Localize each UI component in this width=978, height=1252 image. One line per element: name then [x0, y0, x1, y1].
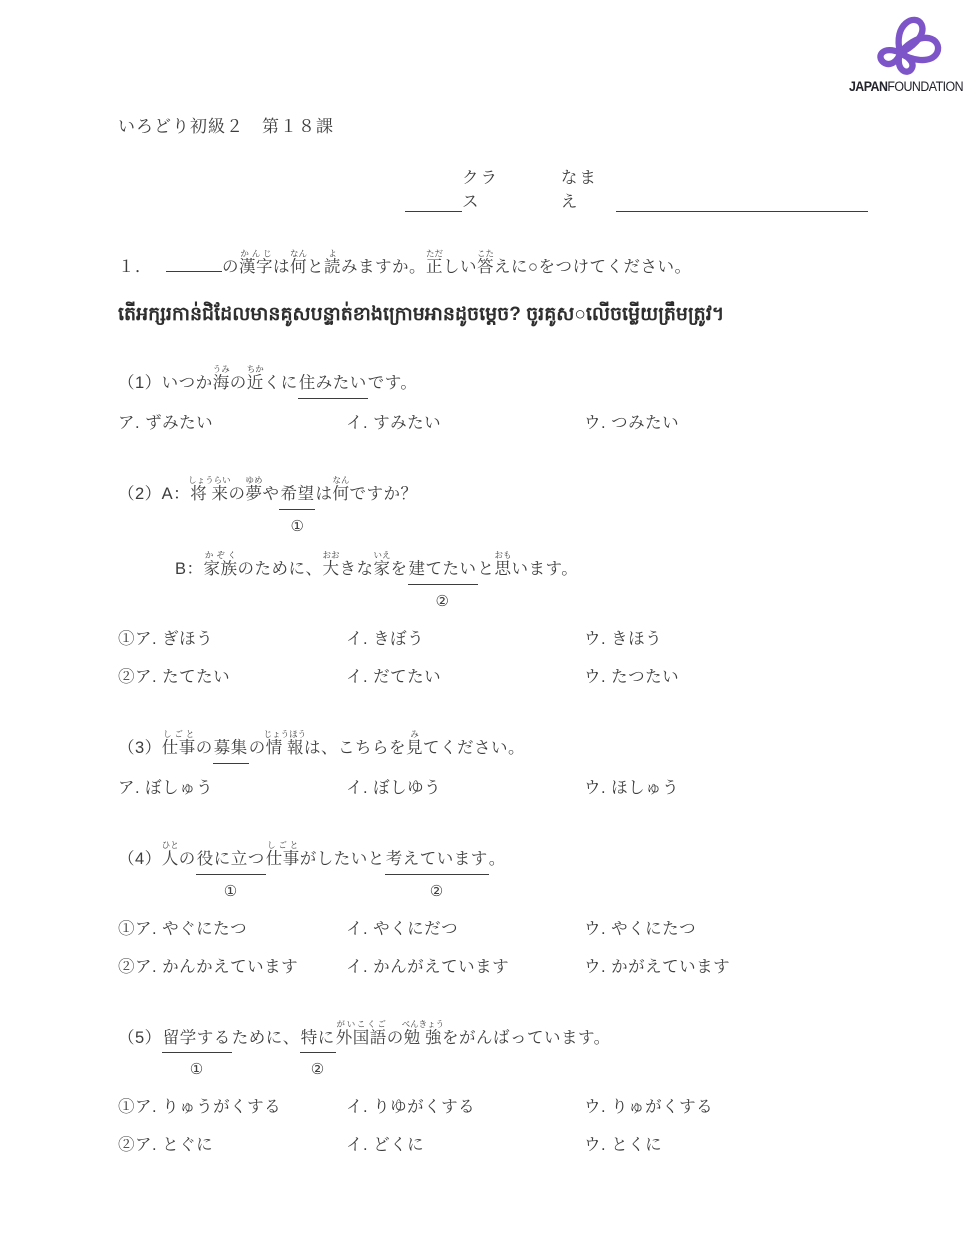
text-run: みますか。	[341, 258, 426, 276]
furigana: かんじ	[239, 248, 273, 258]
question-block: （5）留学する①ために、特に②外国語がいこくごの勉強べんきょうをがんばっています…	[118, 1019, 868, 1156]
choice-option: ア. ずみたい	[118, 409, 346, 433]
kanji-with-furigana: 海うみ	[213, 374, 230, 392]
text-run: 住みたい	[299, 374, 367, 392]
kanji-with-furigana: 人ひと	[162, 850, 179, 868]
furigana: よ	[324, 248, 341, 258]
furigana: かぞく	[204, 550, 238, 560]
circled-number: ①	[224, 881, 238, 903]
underlined-word: 募集	[213, 737, 249, 764]
japan-foundation-logo: JAPANFOUNDATION	[840, 8, 972, 94]
question-block: （2）A：将来しょうらいの夢ゆめや希望①は何なんですか？B：家族かぞくのために、…	[118, 475, 868, 687]
kanji-base: 思	[495, 560, 512, 578]
logo-foundation-text: FOUNDATION	[887, 79, 963, 94]
kanji-base: 漢字	[239, 258, 273, 276]
kanji-base: 仕事	[162, 739, 196, 757]
choice-option: イ. どくに	[346, 1131, 584, 1155]
kanji-base: 情報	[264, 739, 307, 757]
choice-option: ウ. りゅがくする	[584, 1093, 868, 1117]
furigana: うみ	[213, 364, 230, 374]
kanji-with-furigana: 近ちか	[247, 374, 264, 392]
text-run: は、こちらを	[304, 739, 406, 757]
text-run: ために、	[232, 1029, 300, 1047]
choice-option: ①ア. りゅうがくする	[118, 1093, 346, 1117]
text-run: きな	[340, 560, 374, 578]
worksheet-page: JAPANFOUNDATION いろどり初級２ 第１８課 クラス なまえ １．の…	[0, 0, 978, 1252]
question-sentence: （3）仕事しごとの募集の情報じょうほうは、こちらを見みてください。	[118, 729, 868, 764]
class-label: クラス	[462, 164, 517, 212]
furigana: おも	[495, 550, 512, 560]
choice-option: ウ. たつたい	[584, 663, 868, 687]
furigana: おお	[323, 550, 340, 560]
choice-option: イ. りゆがくする	[346, 1093, 584, 1117]
instruction-line: １．の漢字かんじは何なんと読よみますか。正ただしい答こたえに○をつけてください。	[118, 248, 868, 280]
text-run: と	[478, 560, 495, 578]
choice-option: ②ア. たてたい	[118, 663, 346, 687]
furigana: いえ	[374, 550, 391, 560]
choice-row: ア. ぼしゅうイ. ぼしゆうウ. ほしゅう	[118, 774, 868, 798]
question-sentence: B：家族かぞくのために、大おおきな家いえを建てたい②と思おもいます。	[118, 550, 868, 585]
choice-row: ①ア. ぎほうイ. きぼうウ. きほう	[118, 625, 868, 649]
text-run: 考えています	[386, 850, 488, 868]
worksheet-content: いろどり初級２ 第１８課 クラス なまえ １．の漢字かんじは何なんと読よみますか…	[0, 0, 978, 1155]
choice-option: イ. すみたい	[346, 409, 584, 433]
text-run: 。	[489, 850, 506, 868]
text-run: の	[179, 850, 196, 868]
kanji-base: 何	[290, 258, 307, 276]
name-blank-line	[616, 195, 868, 212]
text-run: えに○をつけてください。	[494, 258, 691, 276]
question-sentence: （5）留学する①ために、特に②外国語がいこくごの勉強べんきょうをがんばっています…	[118, 1019, 868, 1054]
kanji-with-furigana: 読よ	[324, 258, 341, 276]
text-run: 役に立つ	[197, 850, 265, 868]
question-block: （1）いつか海うみの近ちかくに住みたいです。ア. ずみたいイ. すみたいウ. つ…	[118, 364, 868, 433]
kanji-with-furigana: 家いえ	[374, 560, 391, 578]
text-run: 募集	[214, 739, 248, 757]
underlined-word: 建てたい②	[408, 558, 478, 585]
text-run: の	[230, 374, 247, 392]
kanji-base: 家	[374, 560, 391, 578]
choice-option: ②ア. かんかえています	[118, 953, 346, 977]
kanji-with-furigana: 勉強べんきょう	[404, 1029, 442, 1047]
choice-option: ①ア. ぎほう	[118, 625, 346, 649]
kanji-with-furigana: 仕事しごと	[266, 850, 300, 868]
choice-option: イ. やくにだつ	[346, 915, 584, 939]
kanji-with-furigana: 何なん	[290, 258, 307, 276]
question-sentence: （1）いつか海うみの近ちかくに住みたいです。	[118, 364, 868, 399]
kanji-with-furigana: 漢字かんじ	[239, 258, 273, 276]
class-name-line: クラス なまえ	[118, 164, 868, 212]
choice-row: ア. ずみたいイ. すみたいウ. つみたい	[118, 409, 868, 433]
kanji-base: 海	[213, 374, 230, 392]
text-run: 特に	[301, 1029, 335, 1047]
circled-number: ①	[190, 1059, 204, 1081]
kanji-base: 大	[323, 560, 340, 578]
kanji-with-furigana: 正ただ	[426, 258, 443, 276]
underlined-word: 考えています②	[385, 848, 489, 875]
furigana: ただ	[426, 248, 443, 258]
text-run: がしたいと	[300, 850, 385, 868]
furigana: しごと	[162, 729, 196, 739]
kanji-base: 人	[162, 850, 179, 868]
text-run: （4）	[118, 850, 162, 868]
choice-row: ②ア. とぐにイ. どくにウ. とくに	[118, 1131, 868, 1155]
choice-option: ウ. やくにたつ	[584, 915, 868, 939]
circled-number: ①	[290, 516, 304, 538]
choice-row: ②ア. たてたいイ. だてたいウ. たつたい	[118, 663, 868, 687]
kanji-base: 夢	[245, 485, 262, 503]
logo-wordmark: JAPANFOUNDATION	[845, 79, 966, 94]
kanji-base: 何	[332, 485, 349, 503]
text-run: を	[391, 560, 408, 578]
text-run: （2）A：	[118, 485, 190, 503]
furigana: こた	[477, 248, 494, 258]
underlined-word: 特に②	[300, 1027, 336, 1054]
kanji-base: 近	[247, 374, 264, 392]
kanji-with-furigana: 外国語がいこくご	[336, 1029, 387, 1047]
choice-row: ①ア. りゅうがくするイ. りゆがくするウ. りゅがくする	[118, 1093, 868, 1117]
text-run: （1）いつか	[118, 374, 213, 392]
furigana: ちか	[247, 364, 264, 374]
text-run: と	[307, 258, 324, 276]
questions-list: （1）いつか海うみの近ちかくに住みたいです。ア. ずみたいイ. すみたいウ. つ…	[118, 364, 868, 1156]
furigana: じょうほう	[264, 729, 307, 739]
kanji-with-furigana: 見み	[406, 739, 423, 757]
instruction-khmer: តើអក្សរកាន់ជិដែលមានគូសបន្ទាត់ខាងក្រោមអាន…	[118, 302, 868, 330]
text-run: （5）	[118, 1029, 162, 1047]
question-sentence: （4）人ひとの役に立つ①仕事しごとがしたいと考えています②。	[118, 840, 868, 875]
butterfly-flower-icon	[869, 8, 943, 78]
text-run: ですか？	[349, 485, 417, 503]
kanji-base: 見	[406, 739, 423, 757]
kanji-with-furigana: 大おお	[323, 560, 340, 578]
furigana: ゆめ	[245, 475, 262, 485]
worksheet-title: いろどり初級２ 第１８課	[118, 112, 868, 137]
name-label: なまえ	[561, 164, 616, 212]
choice-option: ②ア. とぐに	[118, 1131, 346, 1155]
choice-option: イ. ぼしゆう	[346, 774, 584, 798]
kanji-base: 家族	[204, 560, 238, 578]
text-run: は	[315, 485, 332, 503]
blank-line	[166, 255, 222, 272]
kanji-with-furigana: 情報じょうほう	[266, 739, 304, 757]
circled-number: ②	[430, 881, 444, 903]
underlined-word: 留学する①	[162, 1027, 232, 1054]
choice-option: ウ. かがえています	[584, 953, 868, 977]
kanji-with-furigana: 将来しょうらい	[190, 485, 228, 503]
text-run: 希望	[280, 485, 314, 503]
kanji-with-furigana: 仕事しごと	[162, 739, 196, 757]
kanji-base: 読	[324, 258, 341, 276]
furigana: しごと	[266, 840, 300, 850]
text-run: います。	[512, 560, 579, 578]
furigana: ひと	[162, 840, 179, 850]
text-run: をがんばっています。	[442, 1029, 611, 1047]
choice-option: イ. きぼう	[346, 625, 584, 649]
text-run: B：	[175, 560, 204, 578]
kanji-base: 仕事	[266, 850, 300, 868]
choice-option: ウ. つみたい	[584, 409, 868, 433]
choice-option: イ. かんがえています	[346, 953, 584, 977]
kanji-with-furigana: 何なん	[332, 485, 349, 503]
text-run: のために、	[238, 560, 323, 578]
kanji-base: 外国語	[336, 1029, 387, 1047]
text-run: しい	[443, 258, 477, 276]
furigana: べんきょう	[402, 1019, 445, 1029]
kanji-base: 勉強	[402, 1029, 445, 1047]
underlined-word: 役に立つ①	[196, 848, 266, 875]
choice-option: イ. だてたい	[346, 663, 584, 687]
furigana: なん	[332, 475, 349, 485]
kanji-base: 答	[477, 258, 494, 276]
text-run: てください。	[423, 739, 525, 757]
choice-option: ウ. とくに	[584, 1131, 868, 1155]
text-run: や	[262, 485, 279, 503]
underlined-word: 希望①	[279, 483, 315, 510]
furigana: がいこくご	[336, 1019, 387, 1029]
text-run: くに	[264, 374, 298, 392]
text-run: 留学する	[163, 1029, 231, 1047]
furigana: しょうらい	[188, 475, 231, 485]
kanji-with-furigana: 答こた	[477, 258, 494, 276]
choice-option: ウ. きほう	[584, 625, 868, 649]
choice-option: ①ア. やぐにたつ	[118, 915, 346, 939]
text-run: （3）	[118, 739, 162, 757]
furigana: み	[406, 729, 423, 739]
logo-japan-text: JAPAN	[849, 79, 887, 94]
instruction-number: １．	[118, 258, 152, 276]
choice-option: ウ. ほしゅう	[584, 774, 868, 798]
furigana: なん	[290, 248, 307, 258]
kanji-with-furigana: 思おも	[495, 560, 512, 578]
choice-option: ア. ぼしゅう	[118, 774, 346, 798]
kanji-with-furigana: 夢ゆめ	[245, 485, 262, 503]
text-run: は	[273, 258, 290, 276]
instruction-sentence: の漢字かんじは何なんと読よみますか。正ただしい答こたえに○をつけてください。	[166, 258, 691, 276]
text-run: の	[196, 739, 213, 757]
question-block: （3）仕事しごとの募集の情報じょうほうは、こちらを見みてください。ア. ぼしゅう…	[118, 729, 868, 798]
question-block: （4）人ひとの役に立つ①仕事しごとがしたいと考えています②。①ア. やぐにたつイ…	[118, 840, 868, 977]
class-blank-line	[405, 195, 462, 212]
circled-number: ②	[311, 1059, 325, 1081]
text-run: の	[222, 258, 239, 276]
kanji-with-furigana: 家族かぞく	[204, 560, 238, 578]
circled-number: ②	[436, 591, 450, 613]
kanji-base: 将来	[188, 485, 231, 503]
underlined-word: 住みたい	[298, 372, 368, 399]
question-sentence: （2）A：将来しょうらいの夢ゆめや希望①は何なんですか？	[118, 475, 868, 510]
text-run: 建てたい	[409, 560, 477, 578]
choice-row: ②ア. かんかえていますイ. かんがえていますウ. かがえています	[118, 953, 868, 977]
text-run: です。	[368, 374, 418, 392]
text-run: の	[228, 485, 245, 503]
kanji-base: 正	[426, 258, 443, 276]
choice-row: ①ア. やぐにたつイ. やくにだつウ. やくにたつ	[118, 915, 868, 939]
